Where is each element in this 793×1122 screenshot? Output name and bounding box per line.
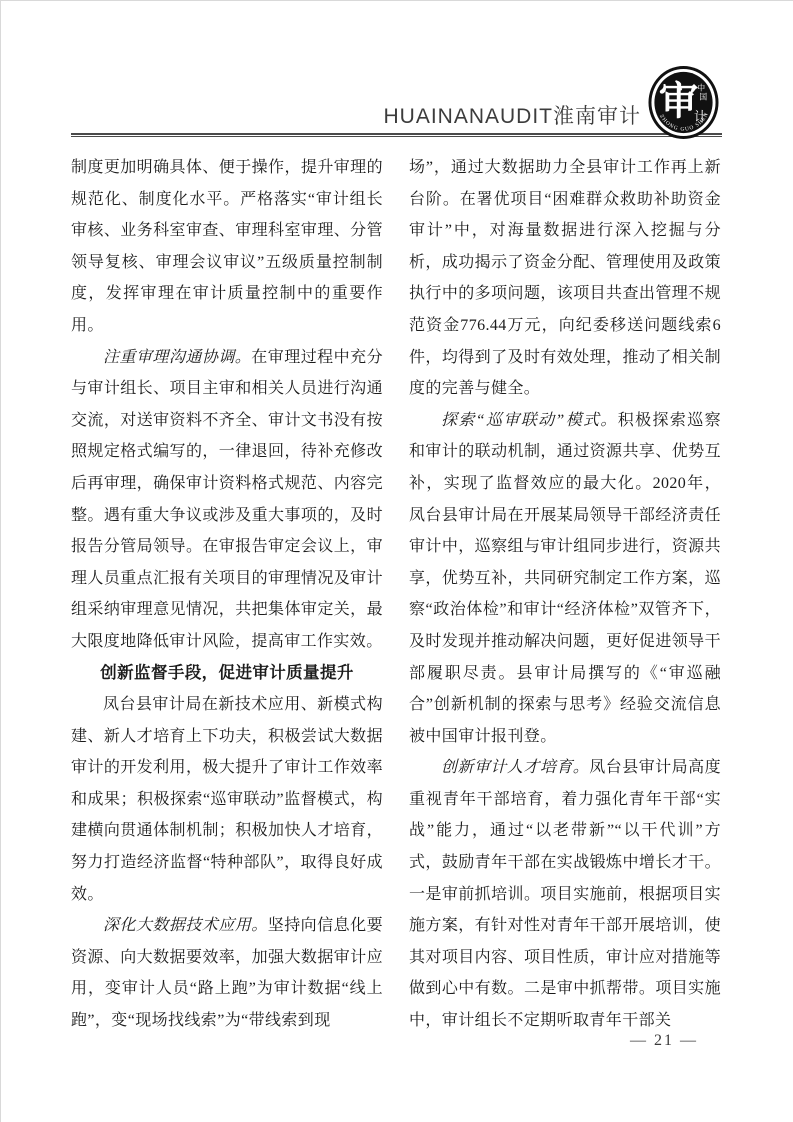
paragraph-text: 凤台县审计局高度重视青年干部培育，着力强化青年干部“实战”能力，通过“以老带新”… [409,759,721,1029]
page-header: HUAINANAUDIT淮南审计 审 中 国 计 ZHONG GUO SHEN … [0,0,793,136]
paragraph: 场”，通过大数据助力全县审计工作再上新台阶。在署优项目“困难群众救助补助资金审计… [409,152,721,405]
paragraph: 注重审理沟通协调。在审理过程中充分与审计组长、项目主审和相关人员进行沟通交流，对… [71,342,383,658]
paragraph: 凤台县审计局在新技术应用、新模式构建、新人才培育上下功夫，积极尝试大数据审计的开… [71,689,383,910]
journal-page: HUAINANAUDIT淮南审计 审 中 国 计 ZHONG GUO SHEN … [0,0,793,1122]
paragraph-text: 积极探索巡察和审计的联动机制，通过资源共享、优势互补，实现了监督效应的最大化。2… [409,412,721,745]
section-heading: 创新监督手段，促进审计质量提升 [71,658,383,690]
svg-text:中: 中 [697,83,705,93]
paragraph-text: 凤台县审计局在新技术应用、新模式构建、新人才培育上下功夫，积极尝试大数据审计的开… [71,696,383,903]
lead-sentence: 创新审计人才培育。 [441,759,589,776]
lead-sentence: 探索“巡审联动”模式。 [441,412,618,429]
paragraph-text: 在审理过程中充分与审计组长、项目主审和相关人员进行沟通交流，对送审资料不齐全、审… [71,349,383,650]
svg-text:国: 国 [699,93,707,102]
header-divider-rule [71,133,722,137]
paragraph: 创新审计人才培育。凤台县审计局高度重视青年干部培育，着力强化青年干部“实战”能力… [409,752,721,1036]
paragraph-text: 场”，通过大数据助力全县审计工作再上新台阶。在署优项目“困难群众救助补助资金审计… [409,159,721,397]
page-number: — 21 — [630,1032,698,1050]
paragraph: 探索“巡审联动”模式。积极探索巡察和审计的联动机制，通过资源共享、优势互补，实现… [409,405,721,753]
paragraph: 制度更加明确具体、便于操作，提升审理的规范化、制度化水平。严格落实“审计组长审核… [71,152,383,342]
column-right: 场”，通过大数据助力全县审计工作再上新台阶。在署优项目“困难群众救助补助资金审计… [409,152,721,1037]
column-left: 制度更加明确具体、便于操作，提升审理的规范化、制度化水平。严格落实“审计组长审核… [71,152,383,1037]
journal-title: HUAINANAUDIT淮南审计 [383,100,641,130]
paragraph: 深化大数据技术应用。坚持向信息化要资源、向大数据要效率，加强大数据审计应用，变审… [71,910,383,1036]
paragraph-text: 制度更加明确具体、便于操作，提升审理的规范化、制度化水平。严格落实“审计组长审核… [71,159,383,334]
lead-sentence: 注重审理沟通协调。 [103,349,251,366]
audit-seal-icon: 审 中 国 计 ZHONG GUO SHEN JI [648,65,719,140]
lead-sentence: 深化大数据技术应用。 [103,917,268,934]
article-body: 制度更加明确具体、便于操作，提升审理的规范化、制度化水平。严格落实“审计组长审核… [0,136,793,1037]
